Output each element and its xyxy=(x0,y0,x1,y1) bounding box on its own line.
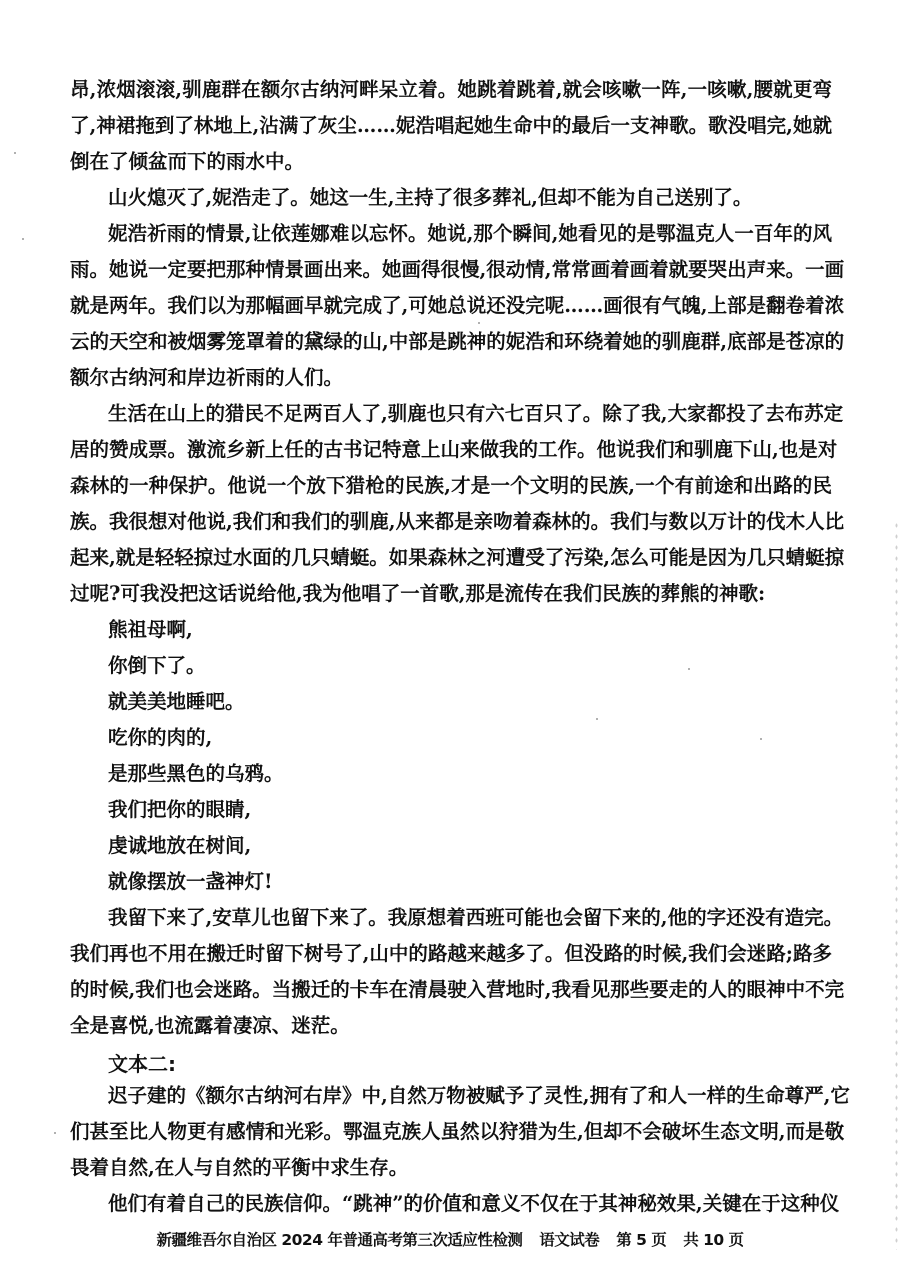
text-line: 雨。她说一定要把那种情景画出来。她画得很慢,很动情,常常画着画着就要哭出声来。一… xyxy=(70,258,832,282)
text-line: 山火熄灭了,妮浩走了。她这一生,主持了很多葬礼,但却不能为自己送别了。 xyxy=(108,186,832,210)
text-line: 起来,就是轻轻掠过水面的几只蜻蜓。如果森林之河遭受了污染,怎么可能是因为几只蜻蜓… xyxy=(70,546,832,570)
text-line: 森林的一种保护。他说一个放下猎枪的民族,才是一个文明的民族,一个有前途和出路的民 xyxy=(70,474,832,498)
text-line: 族。我很想对他说,我们和我们的驯鹿,从来都是亲吻着森林的。我们与数以万计的伐木人… xyxy=(70,510,832,534)
text-line: 就是两年。我们以为那幅画早就完成了,可她总说还没完呢……画很有气魄,上部是翻卷着… xyxy=(70,294,832,318)
song-line: 就美美地睡吧。 xyxy=(108,690,832,714)
scan-edge-noise xyxy=(894,520,900,1250)
song-line: 是那些黑色的乌鸦。 xyxy=(108,762,832,786)
text-line: 们甚至比人物更有感情和光彩。鄂温克族人虽然以狩猎为生,但却不会破坏生态文明,而是… xyxy=(70,1120,832,1144)
song-line: 就像摆放一盏神灯! xyxy=(108,870,832,894)
song-line: 吃你的肉的, xyxy=(108,726,832,750)
text-line: 的时候,我们也会迷路。当搬迁的卡车在清晨驶入营地时,我看见那些要走的人的眼神中不… xyxy=(70,978,832,1002)
text-line: 额尔古纳河和岸边祈雨的人们。 xyxy=(70,366,832,390)
scan-speck xyxy=(478,322,480,324)
text-line: 迟子建的《额尔古纳河右岸》中,自然万物被赋予了灵性,拥有了和人一样的生命尊严,它 xyxy=(108,1084,832,1108)
text-line: 畏着自然,在人与自然的平衡中求生存。 xyxy=(70,1156,832,1180)
text-line: 生活在山上的猎民不足两百人了,驯鹿也只有六七百只了。除了我,大家都投了去布苏定 xyxy=(108,402,832,426)
exam-title: 新疆维吾尔自治区 2024 年普通高考第三次适应性检测 xyxy=(156,1231,522,1249)
text-line: 昂,浓烟滚滚,驯鹿群在额尔古纳河畔呆立着。她跳着跳着,就会咳嗽一阵,一咳嗽,腰就… xyxy=(70,78,832,102)
section-heading: 文本二: xyxy=(108,1048,176,1077)
scan-speck xyxy=(22,238,24,240)
scan-speck xyxy=(54,1132,56,1134)
text-line: 倒在了倾盆而下的雨水中。 xyxy=(70,150,832,174)
text-line: 了,神裙拖到了林地上,沾满了灰尘……妮浩唱起她生命中的最后一支神歌。歌没唱完,她… xyxy=(70,114,832,138)
text-line: 过呢?可我没把这话说给他,我为他唱了一首歌,那是流传在我们民族的葬熊的神歌: xyxy=(70,582,832,606)
scan-speck xyxy=(14,152,16,154)
song-line: 我们把你的眼睛, xyxy=(108,798,832,822)
subject-label: 语文试卷 xyxy=(539,1231,599,1249)
text-line: 云的天空和被烟雾笼罩着的黛绿的山,中部是跳神的妮浩和环绕着她的驯鹿群,底部是苍凉… xyxy=(70,330,832,354)
page-footer: 新疆维吾尔自治区 2024 年普通高考第三次适应性检测 语文试卷 第 5 页 共… xyxy=(0,1228,900,1250)
scan-speck xyxy=(688,668,690,670)
text-line: 他们有着自己的民族信仰。“跳神”的价值和意义不仅在于其神秘效果,关键在于这种仪 xyxy=(108,1192,832,1216)
page-number: 第 5 页 xyxy=(616,1231,666,1249)
text-line: 我留下来了,安草儿也留下来了。我原想着西班可能也会留下来的,他的字还没有造完。 xyxy=(108,906,832,930)
text-line: 妮浩祈雨的情景,让依莲娜难以忘怀。她说,那个瞬间,她看见的是鄂温克人一百年的风 xyxy=(108,222,832,246)
text-line: 全是喜悦,也流露着凄凉、迷茫。 xyxy=(70,1014,832,1038)
song-line: 虔诚地放在树间, xyxy=(108,834,832,858)
scan-speck xyxy=(596,718,598,720)
text-line: 居的赞成票。激流乡新上任的古书记特意上山来做我的工作。他说我们和驯鹿下山,也是对 xyxy=(70,438,832,462)
scan-speck xyxy=(760,738,762,740)
text-line: 我们再也不用在搬迁时留下树号了,山中的路越来越多了。但没路的时候,我们会迷路;路… xyxy=(70,942,832,966)
total-pages: 共 10 页 xyxy=(683,1231,743,1249)
song-line: 你倒下了。 xyxy=(108,654,832,678)
song-line: 熊祖母啊, xyxy=(108,618,832,642)
exam-page: 昂,浓烟滚滚,驯鹿群在额尔古纳河畔呆立着。她跳着跳着,就会咳嗽一阵,一咳嗽,腰就… xyxy=(0,0,900,1273)
